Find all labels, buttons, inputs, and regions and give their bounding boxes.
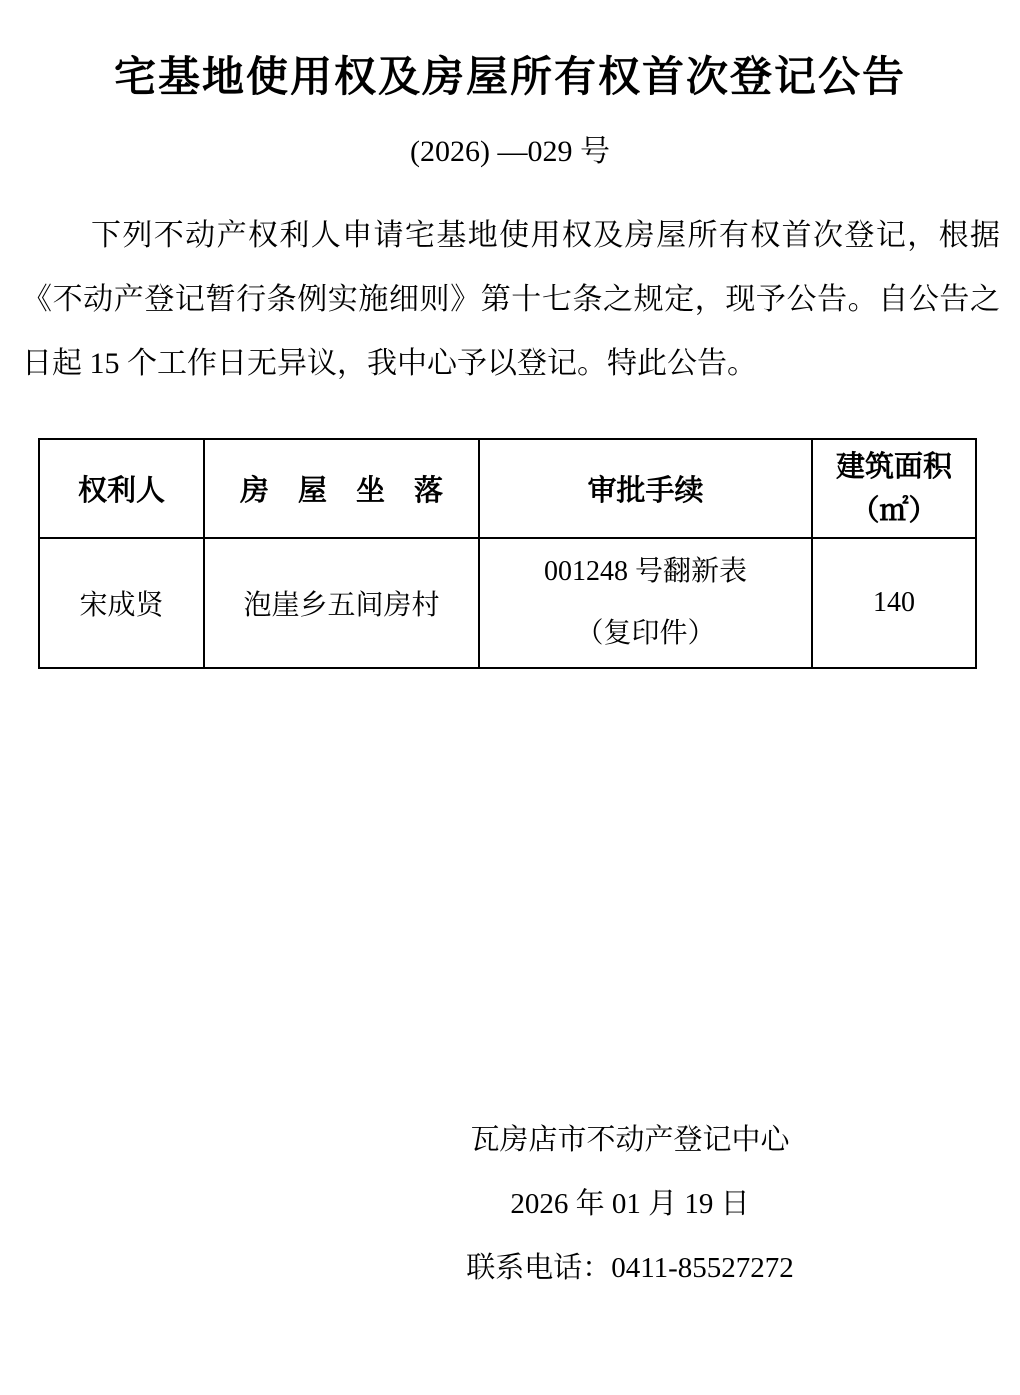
notice-page: 宅基地使用权及房屋所有权首次登记公告 (2026) —029 号 下列不动产权利… bbox=[0, 0, 1020, 1395]
header-building-area-label: 建筑面积 bbox=[817, 445, 971, 489]
page-title: 宅基地使用权及房屋所有权首次登记公告 bbox=[0, 0, 1020, 104]
cell-approval-procedure: 001248 号翻新表 （复印件） bbox=[479, 538, 812, 668]
header-building-area: 建筑面积 （㎡） bbox=[812, 439, 976, 538]
registration-table: 权利人 房 屋 坐 落 审批手续 建筑面积 （㎡） 宋成贤 泡崖乡五间房村 00… bbox=[38, 438, 977, 669]
header-house-location: 房 屋 坐 落 bbox=[204, 439, 479, 538]
header-approval-procedure: 审批手续 bbox=[479, 439, 812, 538]
header-right-holder: 权利人 bbox=[39, 439, 204, 538]
cell-approval-line1: 001248 号翻新表 bbox=[484, 541, 807, 603]
contact-phone: 联系电话：0411-85527272 bbox=[330, 1236, 930, 1300]
cell-approval-line2: （复印件） bbox=[484, 603, 807, 665]
table-row: 宋成贤 泡崖乡五间房村 001248 号翻新表 （复印件） 140 bbox=[39, 538, 976, 668]
issue-date: 2026 年 01 月 19 日 bbox=[330, 1172, 930, 1236]
document-number: (2026) —029 号 bbox=[0, 134, 1020, 170]
notice-body-paragraph: 下列不动产权利人申请宅基地使用权及房屋所有权首次登记，根据《不动产登记暂行条例实… bbox=[22, 204, 1000, 396]
table-header-row: 权利人 房 屋 坐 落 审批手续 建筑面积 （㎡） bbox=[39, 439, 976, 538]
issuer-name: 瓦房店市不动产登记中心 bbox=[330, 1108, 930, 1172]
cell-right-holder: 宋成贤 bbox=[39, 538, 204, 668]
footer-signature-block: 瓦房店市不动产登记中心 2026 年 01 月 19 日 联系电话：0411-8… bbox=[330, 1108, 930, 1300]
cell-house-location: 泡崖乡五间房村 bbox=[204, 538, 479, 668]
header-building-area-unit: （㎡） bbox=[817, 489, 971, 533]
cell-building-area: 140 bbox=[812, 538, 976, 668]
